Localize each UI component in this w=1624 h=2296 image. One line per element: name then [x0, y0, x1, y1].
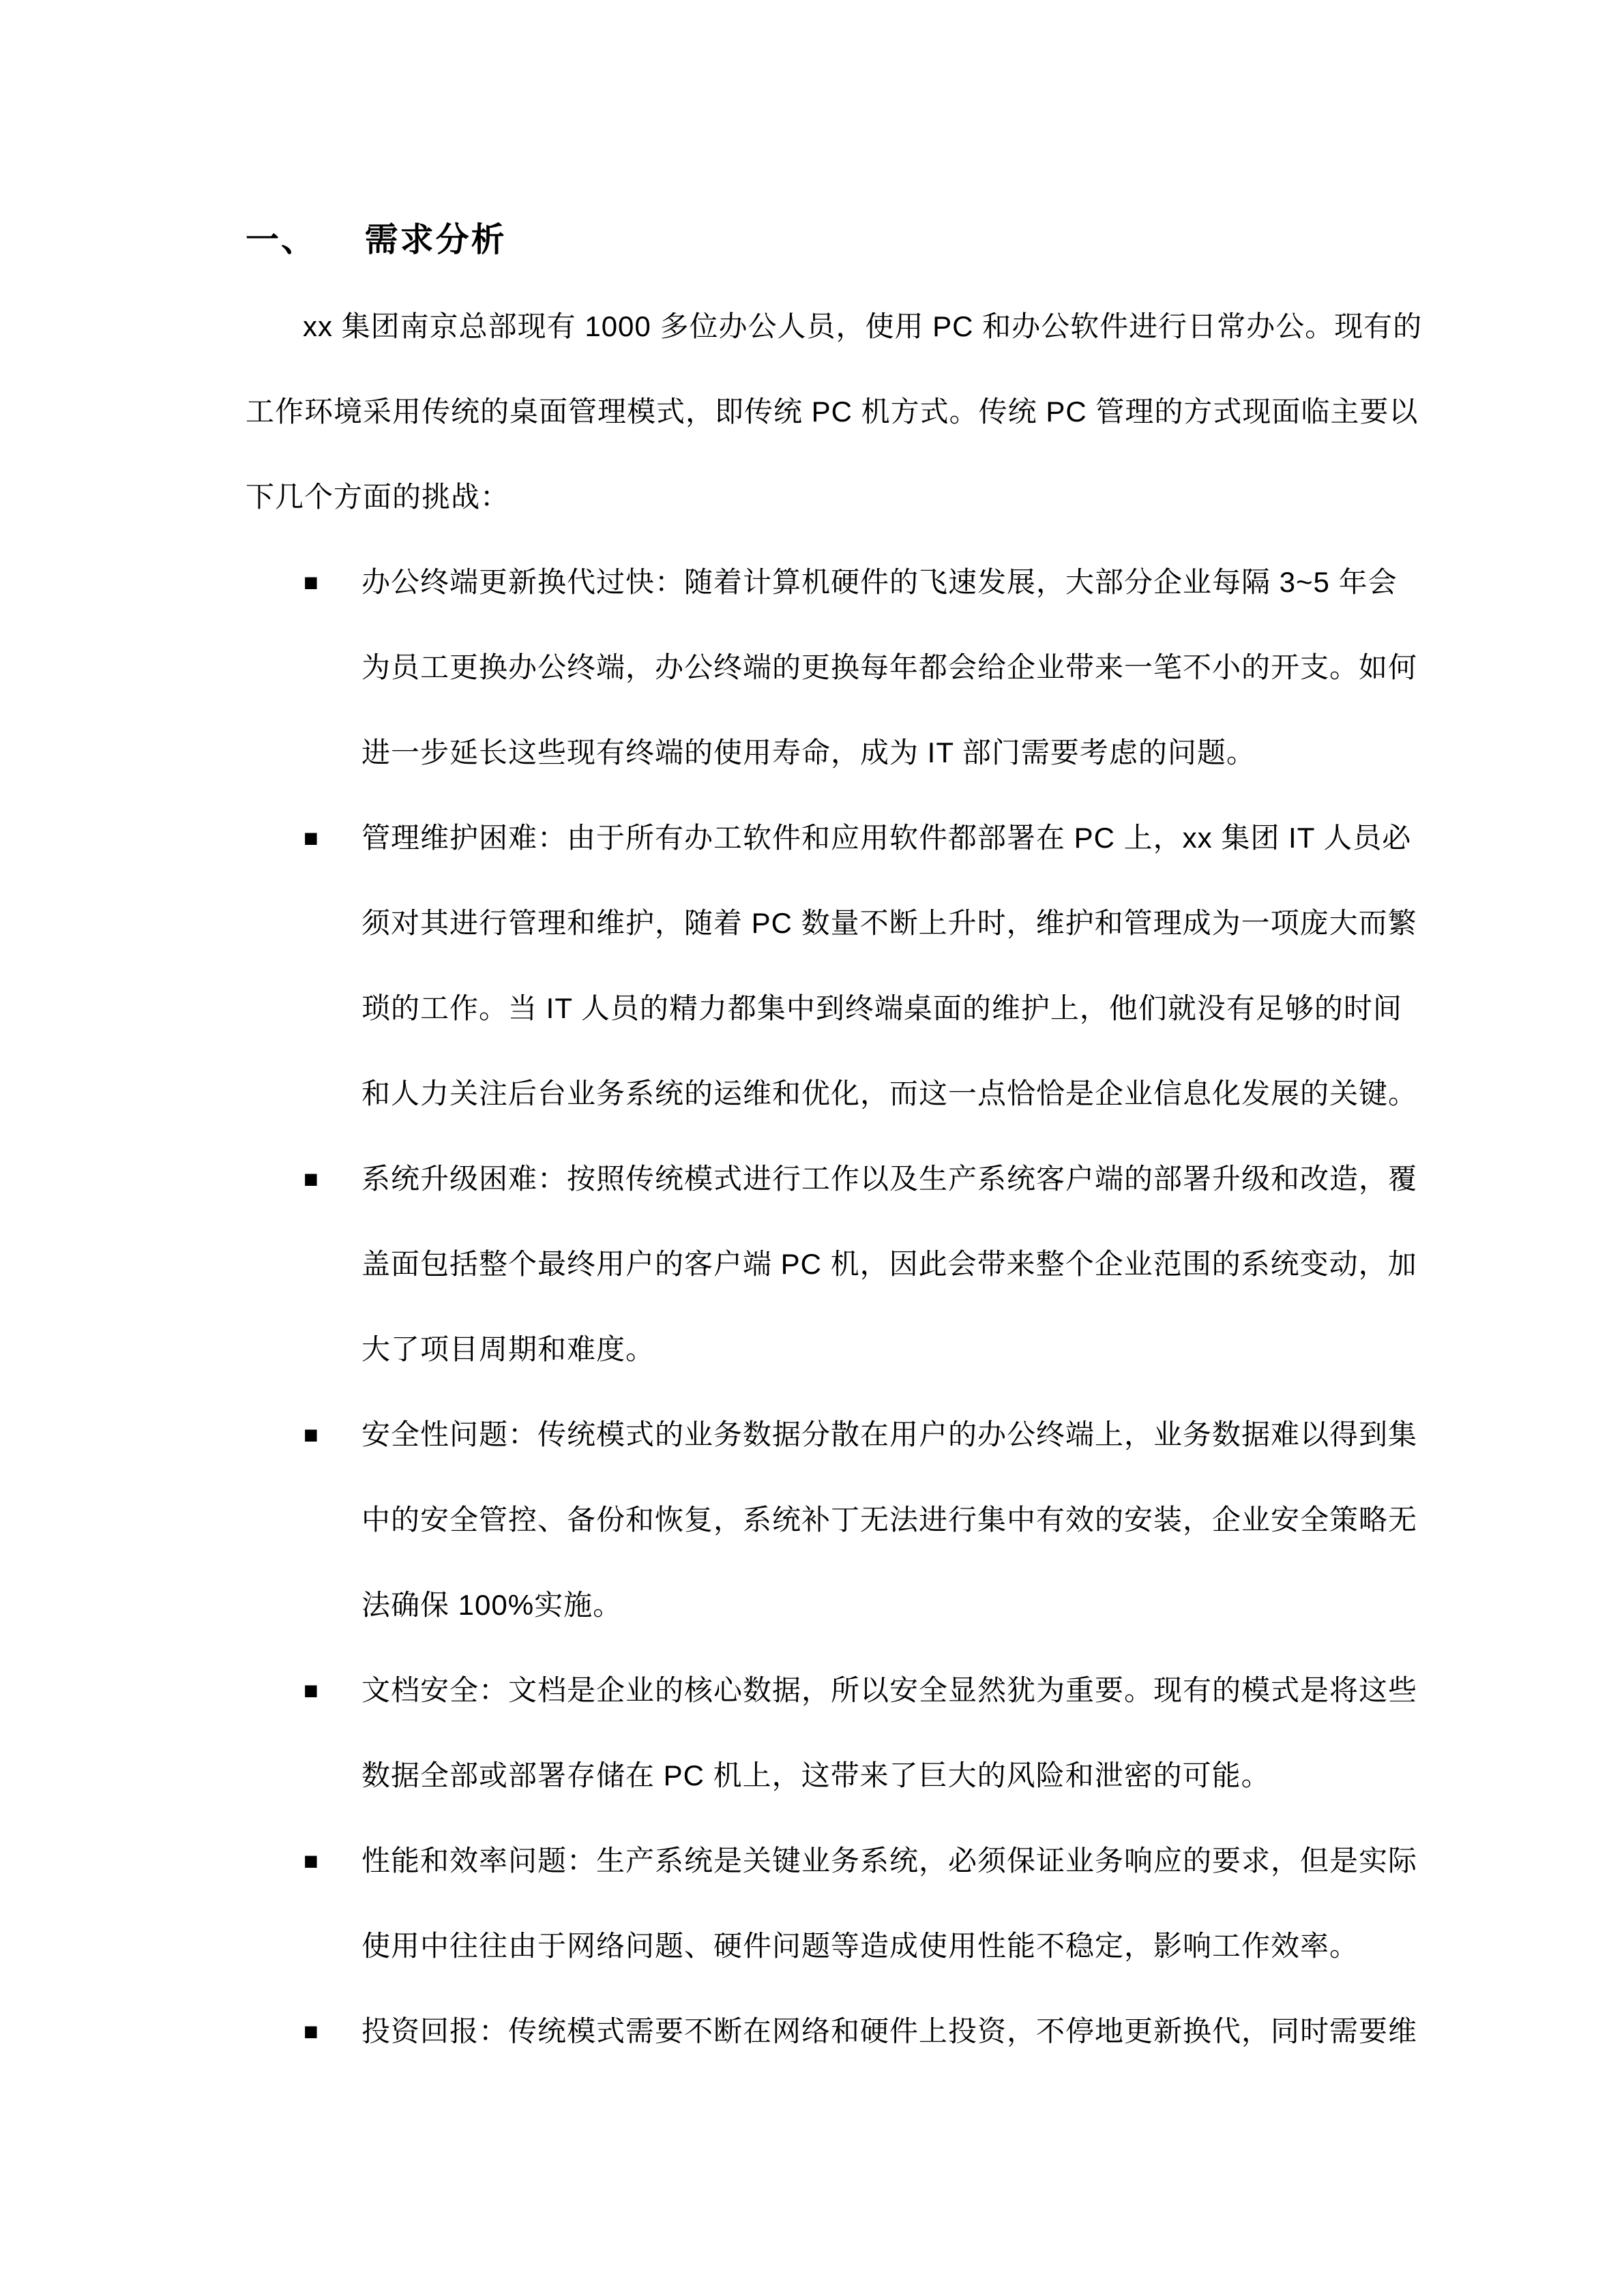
bullet-line: 进一步延长这些现有终端的使用寿命，成为 IT 部门需要考虑的问题。 — [361, 710, 1398, 795]
square-bullet-icon: ■ — [304, 1392, 319, 1477]
bullet-line: 投资回报：传统模式需要不断在网络和硬件上投资，不停地更新换代，同时需要维 — [361, 1988, 1398, 2074]
square-bullet-icon: ■ — [304, 539, 319, 625]
intro-line: 下几个方面的挑战： — [246, 454, 1398, 539]
intro-line: xx 集团南京总部现有 1000 多位办公人员，使用 PC 和办公软件进行日常办… — [246, 284, 1398, 369]
bullet-line: 琐的工作。当 IT 人员的精力都集中到终端桌面的维护上，他们就没有足够的时间 — [361, 966, 1398, 1051]
bullet-item: ■安全性问题：传统模式的业务数据分散在用户的办公终端上，业务数据难以得到集中的安… — [246, 1392, 1398, 1648]
bullet-list: ■办公终端更新换代过快：随着计算机硬件的飞速发展，大部分企业每隔 3~5 年会为… — [246, 539, 1398, 2074]
bullet-line: 数据全部或部署存储在 PC 机上，这带来了巨大的风险和泄密的可能。 — [361, 1733, 1398, 1818]
section-title: 需求分析 — [365, 222, 507, 258]
bullet-line: 法确保 100%实施。 — [361, 1562, 1398, 1648]
bullet-line: 盖面包括整个最终用户的客户端 PC 机，因此会带来整个企业范围的系统变动，加 — [361, 1221, 1398, 1307]
bullet-line: 为员工更换办公终端，办公终端的更换每年都会给企业带来一笔不小的开支。如何 — [361, 625, 1398, 710]
square-bullet-icon: ■ — [304, 1818, 319, 1903]
bullet-line: 系统升级困难：按照传统模式进行工作以及生产系统客户端的部署升级和改造，覆 — [361, 1136, 1398, 1221]
bullet-line: 中的安全管控、备份和恢复，系统补丁无法进行集中有效的安装，企业安全策略无 — [361, 1477, 1398, 1562]
intro-paragraph: xx 集团南京总部现有 1000 多位办公人员，使用 PC 和办公软件进行日常办… — [246, 284, 1398, 539]
bullet-item: ■性能和效率问题：生产系统是关键业务系统，必须保证业务响应的要求，但是实际使用中… — [246, 1818, 1398, 1988]
bullet-line: 性能和效率问题：生产系统是关键业务系统，必须保证业务响应的要求，但是实际 — [361, 1818, 1398, 1903]
square-bullet-icon: ■ — [304, 795, 319, 880]
bullet-item: ■办公终端更新换代过快：随着计算机硬件的飞速发展，大部分企业每隔 3~5 年会为… — [246, 539, 1398, 795]
bullet-line: 安全性问题：传统模式的业务数据分散在用户的办公终端上，业务数据难以得到集 — [361, 1392, 1398, 1477]
bullet-item: ■文档安全：文档是企业的核心数据，所以安全显然犹为重要。现有的模式是将这些数据全… — [246, 1648, 1398, 1818]
intro-line: 工作环境采用传统的桌面管理模式，即传统 PC 机方式。传统 PC 管理的方式现面… — [246, 369, 1398, 454]
bullet-line: 办公终端更新换代过快：随着计算机硬件的飞速发展，大部分企业每隔 3~5 年会 — [361, 539, 1398, 625]
bullet-line: 管理维护困难：由于所有办工软件和应用软件都部署在 PC 上，xx 集团 IT 人… — [361, 795, 1398, 880]
section-number: 一、 — [246, 196, 316, 284]
bullet-line: 文档安全：文档是企业的核心数据，所以安全显然犹为重要。现有的模式是将这些 — [361, 1648, 1398, 1733]
document-body: 一、 需求分析 xx 集团南京总部现有 1000 多位办公人员，使用 PC 和办… — [246, 196, 1398, 2074]
square-bullet-icon: ■ — [304, 1988, 319, 2074]
document-page: 一、 需求分析 xx 集团南京总部现有 1000 多位办公人员，使用 PC 和办… — [0, 0, 1624, 2296]
bullet-item: ■系统升级困难：按照传统模式进行工作以及生产系统客户端的部署升级和改造，覆盖面包… — [246, 1136, 1398, 1392]
bullet-line: 和人力关注后台业务系统的运维和优化，而这一点恰恰是企业信息化发展的关键。 — [361, 1051, 1398, 1136]
bullet-line: 使用中往往由于网络问题、硬件问题等造成使用性能不稳定，影响工作效率。 — [361, 1903, 1398, 1988]
section-heading: 一、 需求分析 — [246, 196, 1398, 284]
bullet-item: ■管理维护困难：由于所有办工软件和应用软件都部署在 PC 上，xx 集团 IT … — [246, 795, 1398, 1136]
bullet-item: ■投资回报：传统模式需要不断在网络和硬件上投资，不停地更新换代，同时需要维 — [246, 1988, 1398, 2074]
square-bullet-icon: ■ — [304, 1136, 319, 1221]
bullet-line: 大了项目周期和难度。 — [361, 1307, 1398, 1392]
square-bullet-icon: ■ — [304, 1648, 319, 1733]
bullet-line: 须对其进行管理和维护，随着 PC 数量不断上升时，维护和管理成为一项庞大而繁 — [361, 880, 1398, 966]
